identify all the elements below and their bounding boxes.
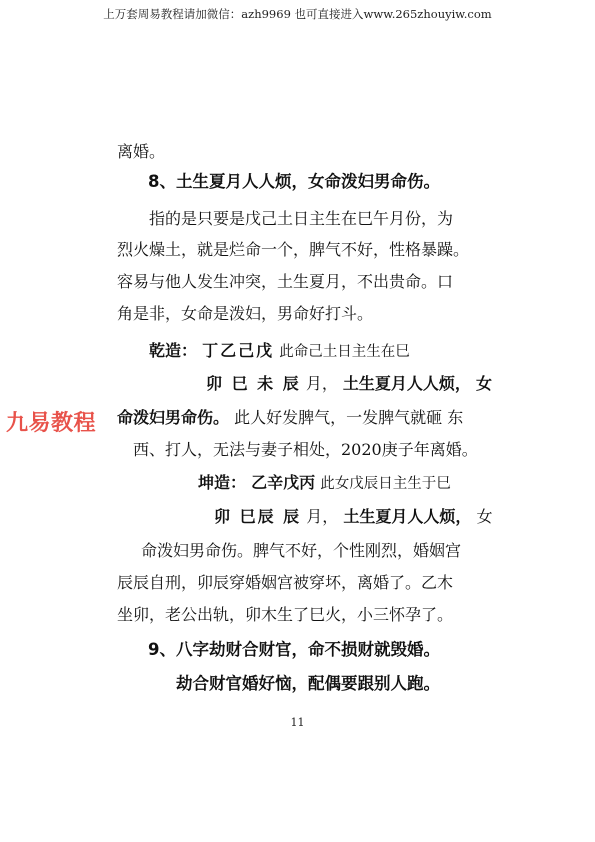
watermark-logo: 九易教程 — [6, 406, 96, 437]
example2-line3: 命泼妇男命伤。脾气不好，个性刚烈，婚姻宫 — [141, 541, 461, 561]
example1-desc1: 此命己土日主生在巳 — [279, 344, 410, 360]
example2-desc1: 此女戊辰日主生于巳 — [320, 476, 451, 492]
example1-line4: 西、打人，无法与妻子相处，2020庚子年离婚。 — [133, 440, 478, 460]
example1-line3-plain: 此人好发脾气，一发脾气就砸 东 — [234, 408, 463, 427]
paragraph-line-1: 指的是只要是戊己土日主生在巳午月份，为 — [149, 209, 453, 229]
example2-desc2-tail: 女 — [476, 507, 492, 526]
paragraph-line-3: 容易与他人发生冲突，土生夏月，不出贵命。口 — [117, 272, 453, 292]
example1-line3: 命泼妇男命伤。 此人好发脾气，一发脾气就砸 东 — [117, 408, 463, 428]
example2-desc2-bold: 土生夏月人人烦， — [343, 507, 471, 526]
prev-paragraph-end: 离婚。 — [117, 142, 165, 162]
example1-desc2-plain: 月， — [306, 374, 338, 393]
section-9-subheading: 劫合财官婚好恼，配偶要跟别人跑。 — [176, 674, 440, 694]
example1-line1: 乾造： 丁乙己戊 此命己土日主生在巳 — [149, 341, 410, 362]
page-header-ad: 上万套周易教程请加微信：azh9969 也可直接进入www.265zhouyiw… — [0, 6, 595, 22]
example2-line2: 卯 巳辰 辰 月， 土生夏月人人烦， 女 — [214, 507, 492, 527]
example2-stems: 乙辛戊丙 — [251, 473, 315, 492]
example1-desc2-bold: 土生夏月人人烦， — [343, 374, 471, 393]
page-number: 11 — [0, 716, 595, 729]
example2-line1: 坤造： 乙辛戊丙 此女戊辰日主生于巳 — [198, 473, 451, 494]
example1-desc2-tail: 女 — [476, 374, 492, 393]
example1-stems: 丁乙己戊 — [202, 341, 274, 360]
example1-line2: 卯 巳 未 辰 月， 土生夏月人人烦， 女 — [206, 374, 492, 394]
section-9-heading: 9、八字劫财合财官，命不损财就毁婚。 — [148, 640, 440, 660]
example1-branches: 卯 巳 未 辰 — [206, 374, 301, 393]
example2-branches: 卯 巳辰 辰 — [214, 507, 301, 526]
paragraph-line-2: 烈火燥土，就是烂命一个，脾气不好，性格暴躁。 — [117, 240, 469, 260]
example2-line5: 坐卯，老公出轨，卯木生了巳火，小三怀孕了。 — [117, 605, 453, 625]
example2-line4: 辰辰自刑，卯辰穿婚姻宫被穿坏，离婚了。乙木 — [117, 573, 453, 593]
paragraph-line-4: 角是非，女命是泼妇，男命好打斗。 — [117, 304, 373, 324]
section-8-heading: 8、土生夏月人人烦，女命泼妇男命伤。 — [148, 172, 440, 192]
example2-label: 坤造： — [198, 473, 246, 492]
example1-line3-bold: 命泼妇男命伤。 — [117, 408, 229, 427]
example2-desc2-plain: 月， — [306, 507, 338, 526]
example1-label: 乾造： — [149, 341, 197, 360]
